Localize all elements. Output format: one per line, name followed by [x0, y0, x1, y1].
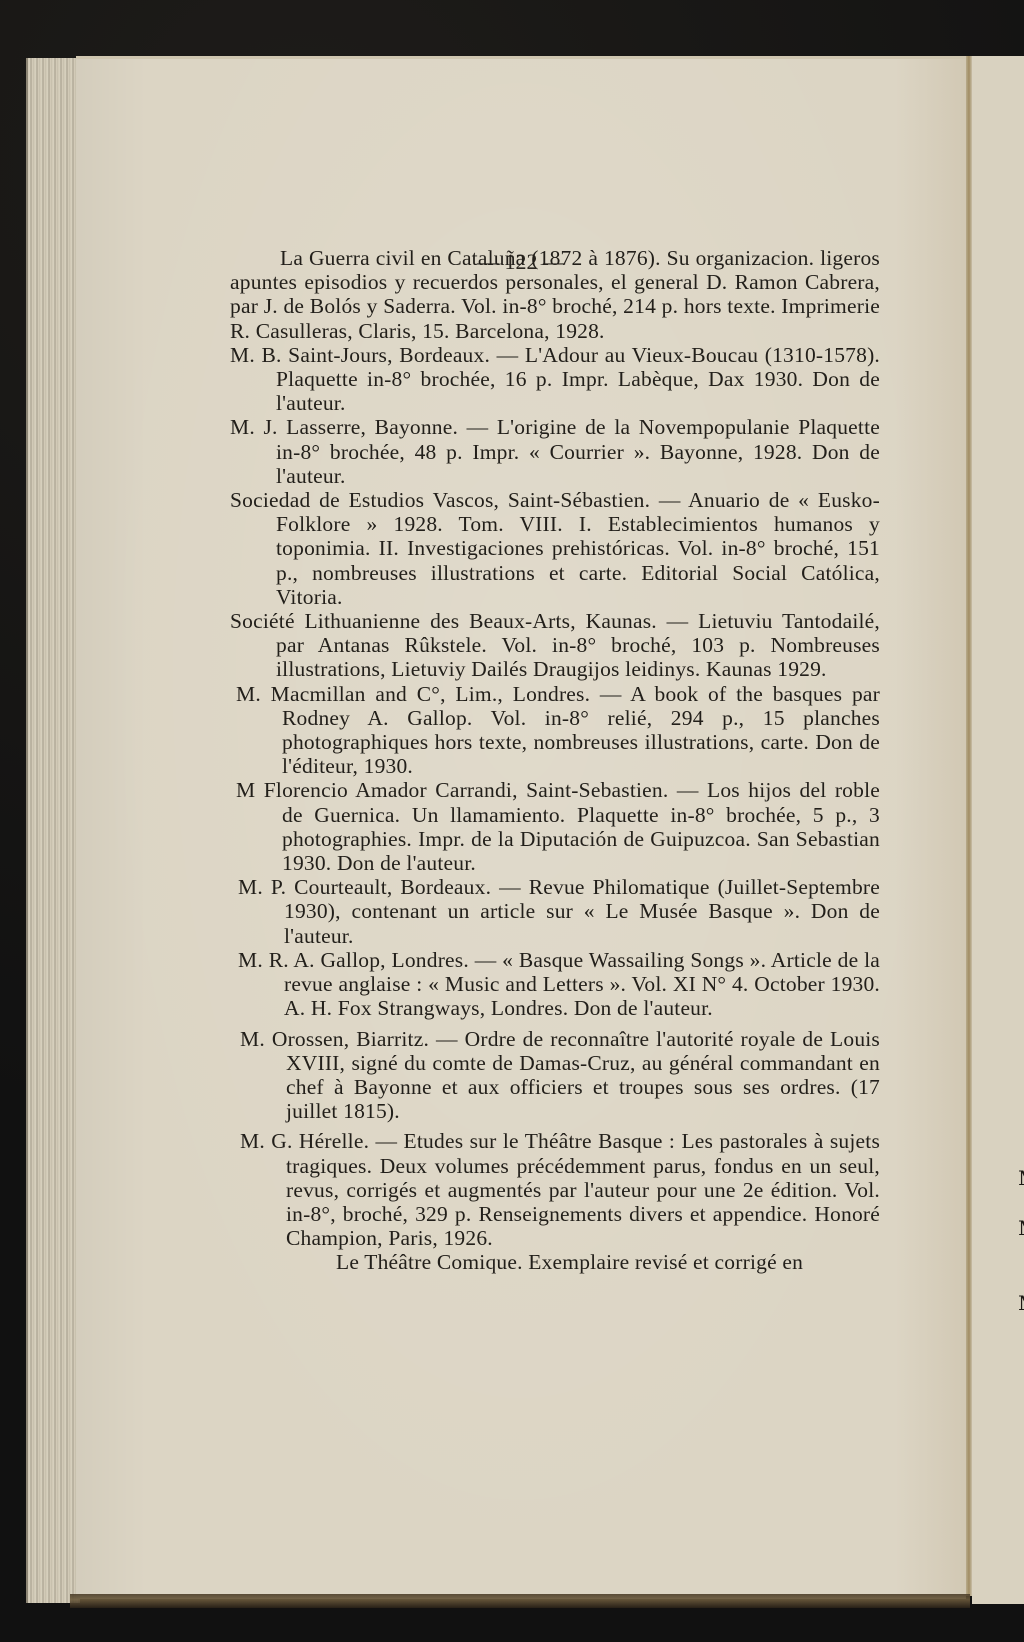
entry-donor: M — [236, 778, 255, 802]
entry-donor: M. — [238, 875, 263, 899]
entry-donor: M. — [236, 682, 261, 706]
entry-lasserre: M. J. Lasserre, Bayonne. — L'origine de … — [230, 415, 880, 488]
page-edges-stack — [26, 58, 80, 1603]
entry-text: Florencio Amador Carrandi, Saint-Sebasti… — [264, 778, 880, 875]
entry-gallop: M. R. A. Gallop, Londres. — « Basque Was… — [238, 948, 880, 1021]
entry-sociedad-estudios-vascos: Sociedad de Estudios Vascos, Saint-Sébas… — [230, 488, 880, 609]
entry-text: Orossen, Biarritz. — Ordre de reconnaîtr… — [272, 1027, 880, 1124]
entry-text: J. Lasserre, Bayonne. — L'origine de la … — [263, 415, 880, 487]
facing-page: M M M — [972, 56, 1024, 1604]
entry-saint-jours: M. B. Saint-Jours, Bordeaux. — L'Adour a… — [230, 343, 880, 416]
text-block: La Guerra civil en Cataluña (1872 à 1876… — [230, 246, 880, 1275]
entry-text: G. Hérelle. — Etudes sur le Théâtre Basq… — [271, 1129, 880, 1250]
entry-courteault: M. P. Courteault, Bordeaux. — Revue Phil… — [238, 875, 880, 948]
entry-text: B. Saint-Jours, Bordeaux. — L'Adour au V… — [261, 343, 880, 415]
facing-page-fragment: M — [1018, 1166, 1024, 1190]
entry-donor: M. — [240, 1129, 265, 1153]
entry-text: La Guerra civil en Cataluña (1872 à 1876… — [230, 246, 880, 343]
facing-page-fragment: M — [1018, 1291, 1024, 1315]
entry-guerra-civil: La Guerra civil en Cataluña (1872 à 1876… — [230, 246, 880, 343]
entry-text: Société Lithuanienne des Beaux-Arts, Kau… — [230, 609, 880, 681]
entry-donor: M. — [230, 415, 255, 439]
entry-amador-carrandi: M Florencio Amador Carrandi, Saint-Sebas… — [236, 778, 880, 875]
facing-page-fragment: M — [1018, 1216, 1024, 1240]
entry-text: Sociedad de Estudios Vascos, Saint-Sébas… — [230, 488, 880, 609]
entry-herelle: M. G. Hérelle. — Etudes sur le Théâtre B… — [240, 1129, 880, 1250]
entry-macmillan: M. Macmillan and C°, Lim., Londres. — A … — [236, 682, 880, 779]
entry-orossen: M. Orossen, Biarritz. — Ordre de reconna… — [240, 1027, 880, 1124]
page-bottom-edge — [70, 1594, 970, 1608]
book-gutter — [966, 56, 972, 1596]
entry-theatre-comique: Le Théâtre Comique. Exemplaire revisé et… — [240, 1250, 880, 1274]
entry-donor: M. — [230, 343, 255, 367]
entry-donor: M. — [240, 1027, 265, 1051]
entry-donor: M. — [238, 948, 263, 972]
entry-text: Le Théâtre Comique. Exemplaire revisé et… — [336, 1250, 803, 1274]
entry-text: R. A. Gallop, Londres. — « Basque Wassai… — [269, 948, 880, 1020]
entry-societe-lithuanienne: Société Lithuanienne des Beaux-Arts, Kau… — [230, 609, 880, 682]
entry-text: P. Courteault, Bordeaux. — Revue Philoma… — [271, 875, 880, 947]
entry-text: Macmillan and C°, Lim., Londres. — A boo… — [271, 682, 880, 779]
